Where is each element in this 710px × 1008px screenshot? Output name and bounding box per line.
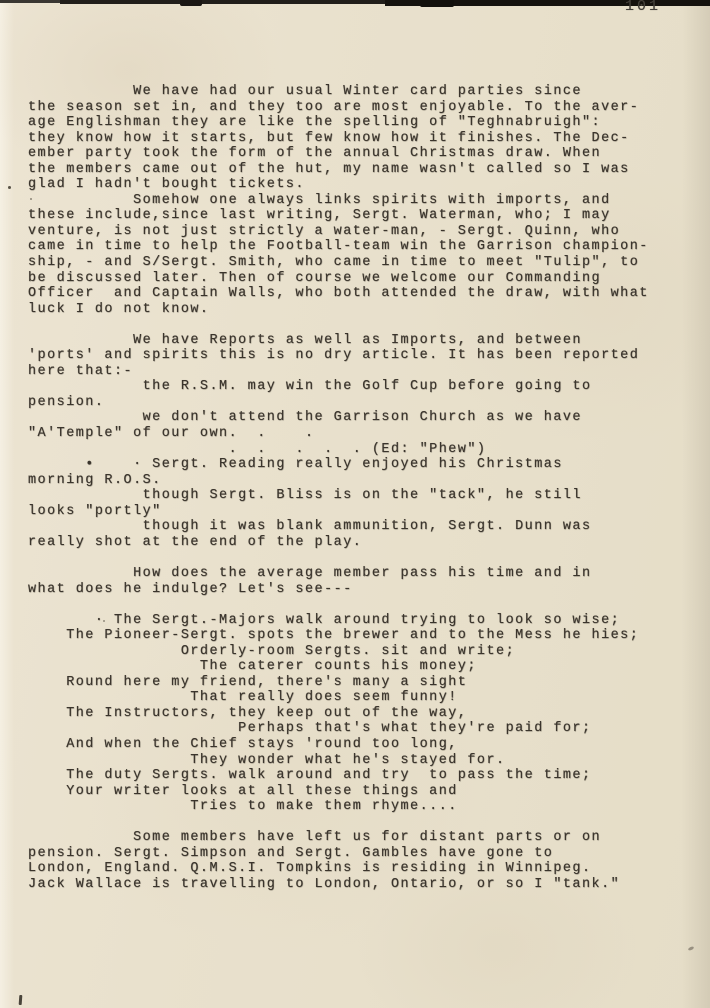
scan-edge-strip xyxy=(420,0,454,7)
scan-edge-strip xyxy=(60,0,710,4)
typewritten-body: We have had our usual Winter card partie… xyxy=(28,84,649,892)
ink-speck xyxy=(8,186,11,189)
scan-edge-strip xyxy=(180,0,202,6)
ink-speck xyxy=(19,995,23,1005)
scan-edge-strip xyxy=(385,0,710,6)
scanned-page: 101 We have had our usual Winter card pa… xyxy=(0,0,710,1008)
scan-edge-strip xyxy=(0,0,710,3)
page-number: 101 xyxy=(625,0,661,15)
ink-speck xyxy=(688,946,695,951)
